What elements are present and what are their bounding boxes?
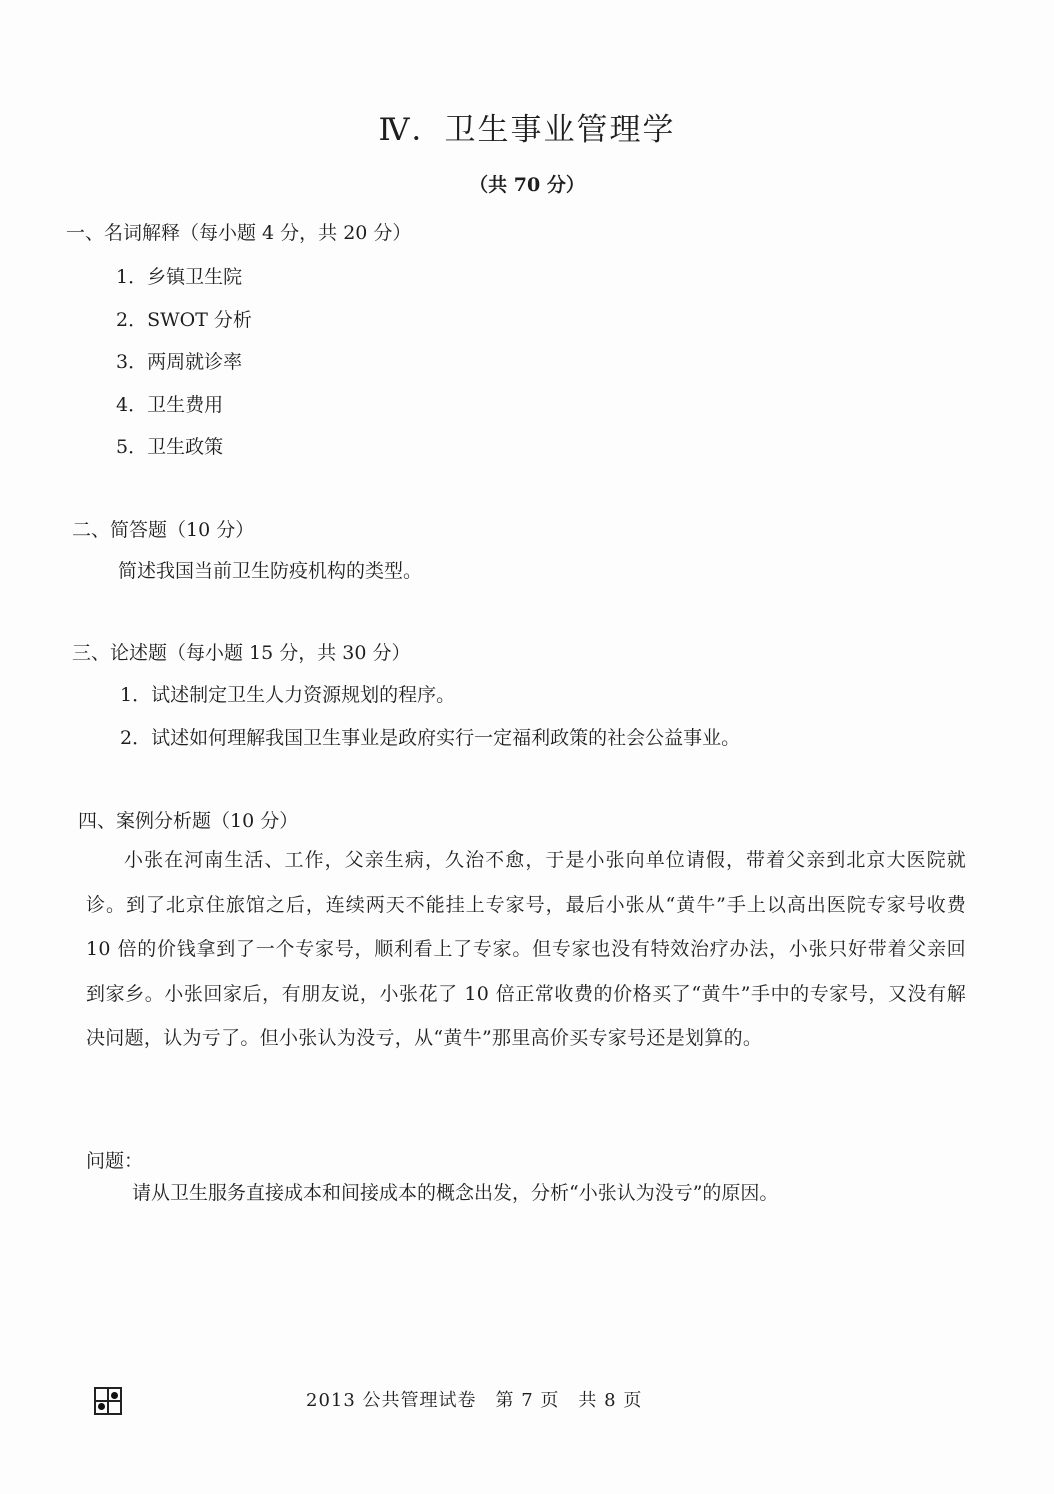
section-2-heading: 二、简答题（10 分）: [72, 515, 254, 542]
term-item: 3．两周就诊率: [116, 347, 242, 374]
term-item: 1．乡镇卫生院: [116, 262, 242, 289]
total-score: （共 70 分）: [0, 170, 1054, 197]
term-item: 4．卫生费用: [116, 390, 223, 417]
section-3-heading: 三、论述题（每小题 15 分，共 30 分）: [72, 638, 411, 665]
term-item: 5．卫生政策: [116, 432, 223, 459]
section-4-heading: 四、案例分析题（10 分）: [78, 806, 298, 833]
case-paragraph: 小张在河南生活、工作，父亲生病，久治不愈，于是小张向单位请假，带着父亲到北京大医…: [86, 838, 966, 1061]
question-label: 问题：: [86, 1146, 143, 1173]
case-question: 请从卫生服务直接成本和间接成本的概念出发，分析“小张认为没亏”的原因。: [132, 1178, 778, 1205]
page-marker-icon: [94, 1387, 122, 1415]
page-footer: 2013 公共管理试卷 第 7 页 共 8 页: [306, 1386, 642, 1412]
page-title: Ⅳ．卫生事业管理学: [0, 104, 1054, 149]
essay-question: 1．试述制定卫生人力资源规划的程序。: [120, 680, 455, 707]
essay-question: 2．试述如何理解我国卫生事业是政府实行一定福利政策的社会公益事业。: [120, 723, 740, 750]
term-item: 2．SWOT 分析: [116, 305, 252, 332]
short-answer-question: 简述我国当前卫生防疫机构的类型。: [118, 556, 422, 583]
section-1-heading: 一、名词解释（每小题 4 分，共 20 分）: [66, 218, 411, 245]
